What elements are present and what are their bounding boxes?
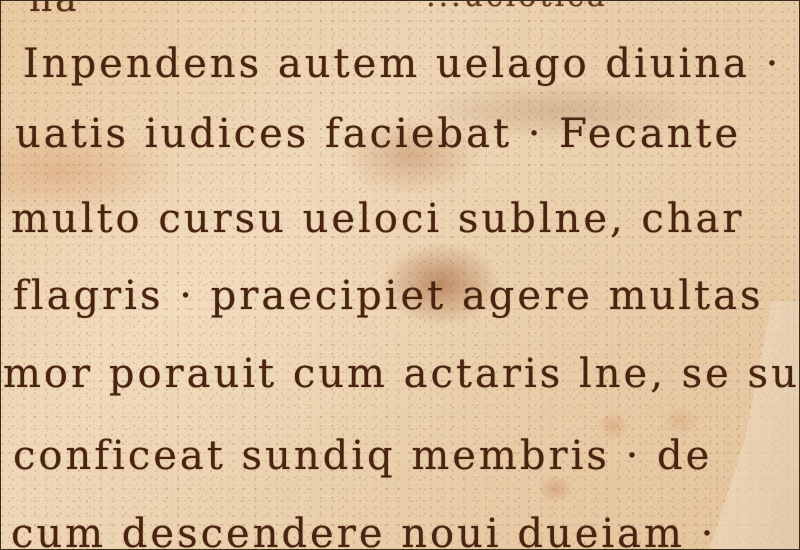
manuscript-line-0: ha· (29, 0, 94, 20)
manuscript-line-3: multo cursu ueloci sublne, char (11, 196, 745, 242)
manuscript-line-4: flagris · praecipiet agere multas (13, 273, 764, 319)
manuscript-line-0b: · ...uclotica (401, 0, 608, 14)
manuscript-line-1: Inpendens autem uelago diuina · q (23, 41, 800, 87)
manuscript-line-6: conficeat sundiq membris · de (13, 433, 712, 479)
manuscript-line-7: cum descendere noui dueiam · (11, 511, 716, 550)
manuscript-line-2: uatis iudices faciebat · Fecante (15, 111, 741, 157)
manuscript-photo: ha· · ...uclotica Inpendens autem uelago… (0, 0, 800, 550)
manuscript-line-5: mor porauit cum actaris lne, se sum (3, 351, 800, 397)
